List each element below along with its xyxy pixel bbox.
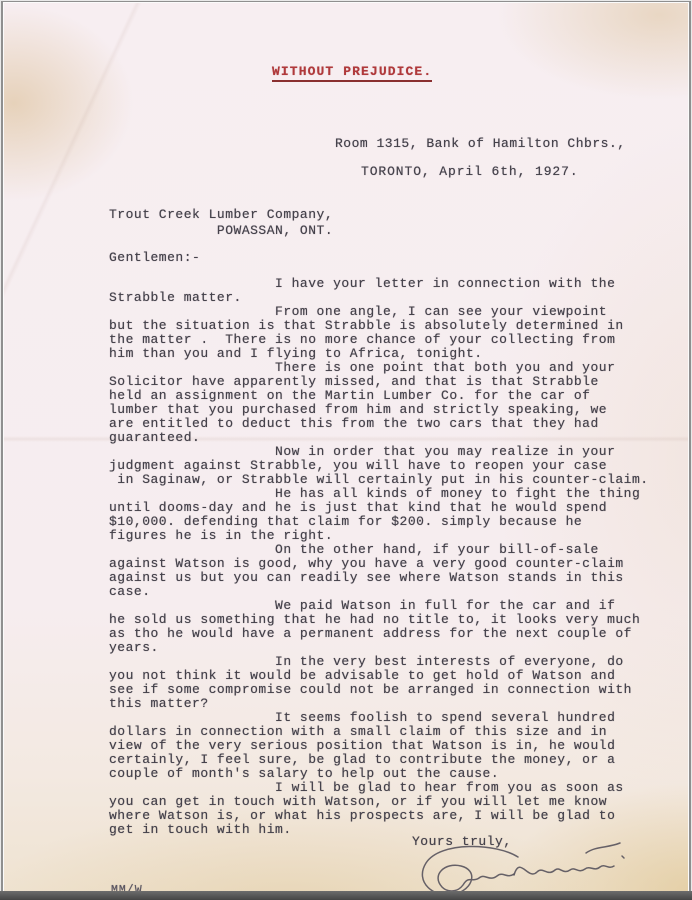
sender-address-line: Room 1315, Bank of Hamilton Chbrs.,	[335, 137, 626, 151]
letter-paragraph: From one angle, I can see your viewpoint…	[109, 305, 669, 361]
letter-paragraph: I have your letter in connection with th…	[109, 277, 669, 305]
letter-paragraph: On the other hand, if your bill-of-sale …	[109, 543, 669, 599]
letter-paragraph: I will be glad to hear from you as soon …	[109, 781, 669, 837]
without-prejudice-notice: WITHOUT PREJUDICE.	[272, 65, 432, 82]
letter-paragraph: Now in order that you may realize in you…	[109, 445, 669, 487]
letter-body: I have your letter in connection with th…	[109, 277, 669, 837]
letter-paragraph: We paid Watson in full for the car and i…	[109, 599, 669, 655]
letter-paragraph: It seems foolish to spend several hundre…	[109, 711, 669, 781]
salutation: Gentlemen:-	[109, 251, 200, 265]
letter-paragraph: There is one point that both you and you…	[109, 361, 669, 445]
scanned-letter-page: WITHOUT PREJUDICE. Room 1315, Bank of Ha…	[0, 0, 692, 900]
letter-paper: WITHOUT PREJUDICE. Room 1315, Bank of Ha…	[4, 3, 688, 891]
letter-paragraph: In the very best interests of everyone, …	[109, 655, 669, 711]
recipient-address: Trout Creek Lumber Company, POWASSAN, ON…	[109, 207, 333, 239]
scan-bottom-edge	[0, 891, 692, 900]
letter-paragraph: He has all kinds of money to fight the t…	[109, 487, 669, 543]
dateline: TORONTO, April 6th, 1927.	[361, 165, 579, 179]
